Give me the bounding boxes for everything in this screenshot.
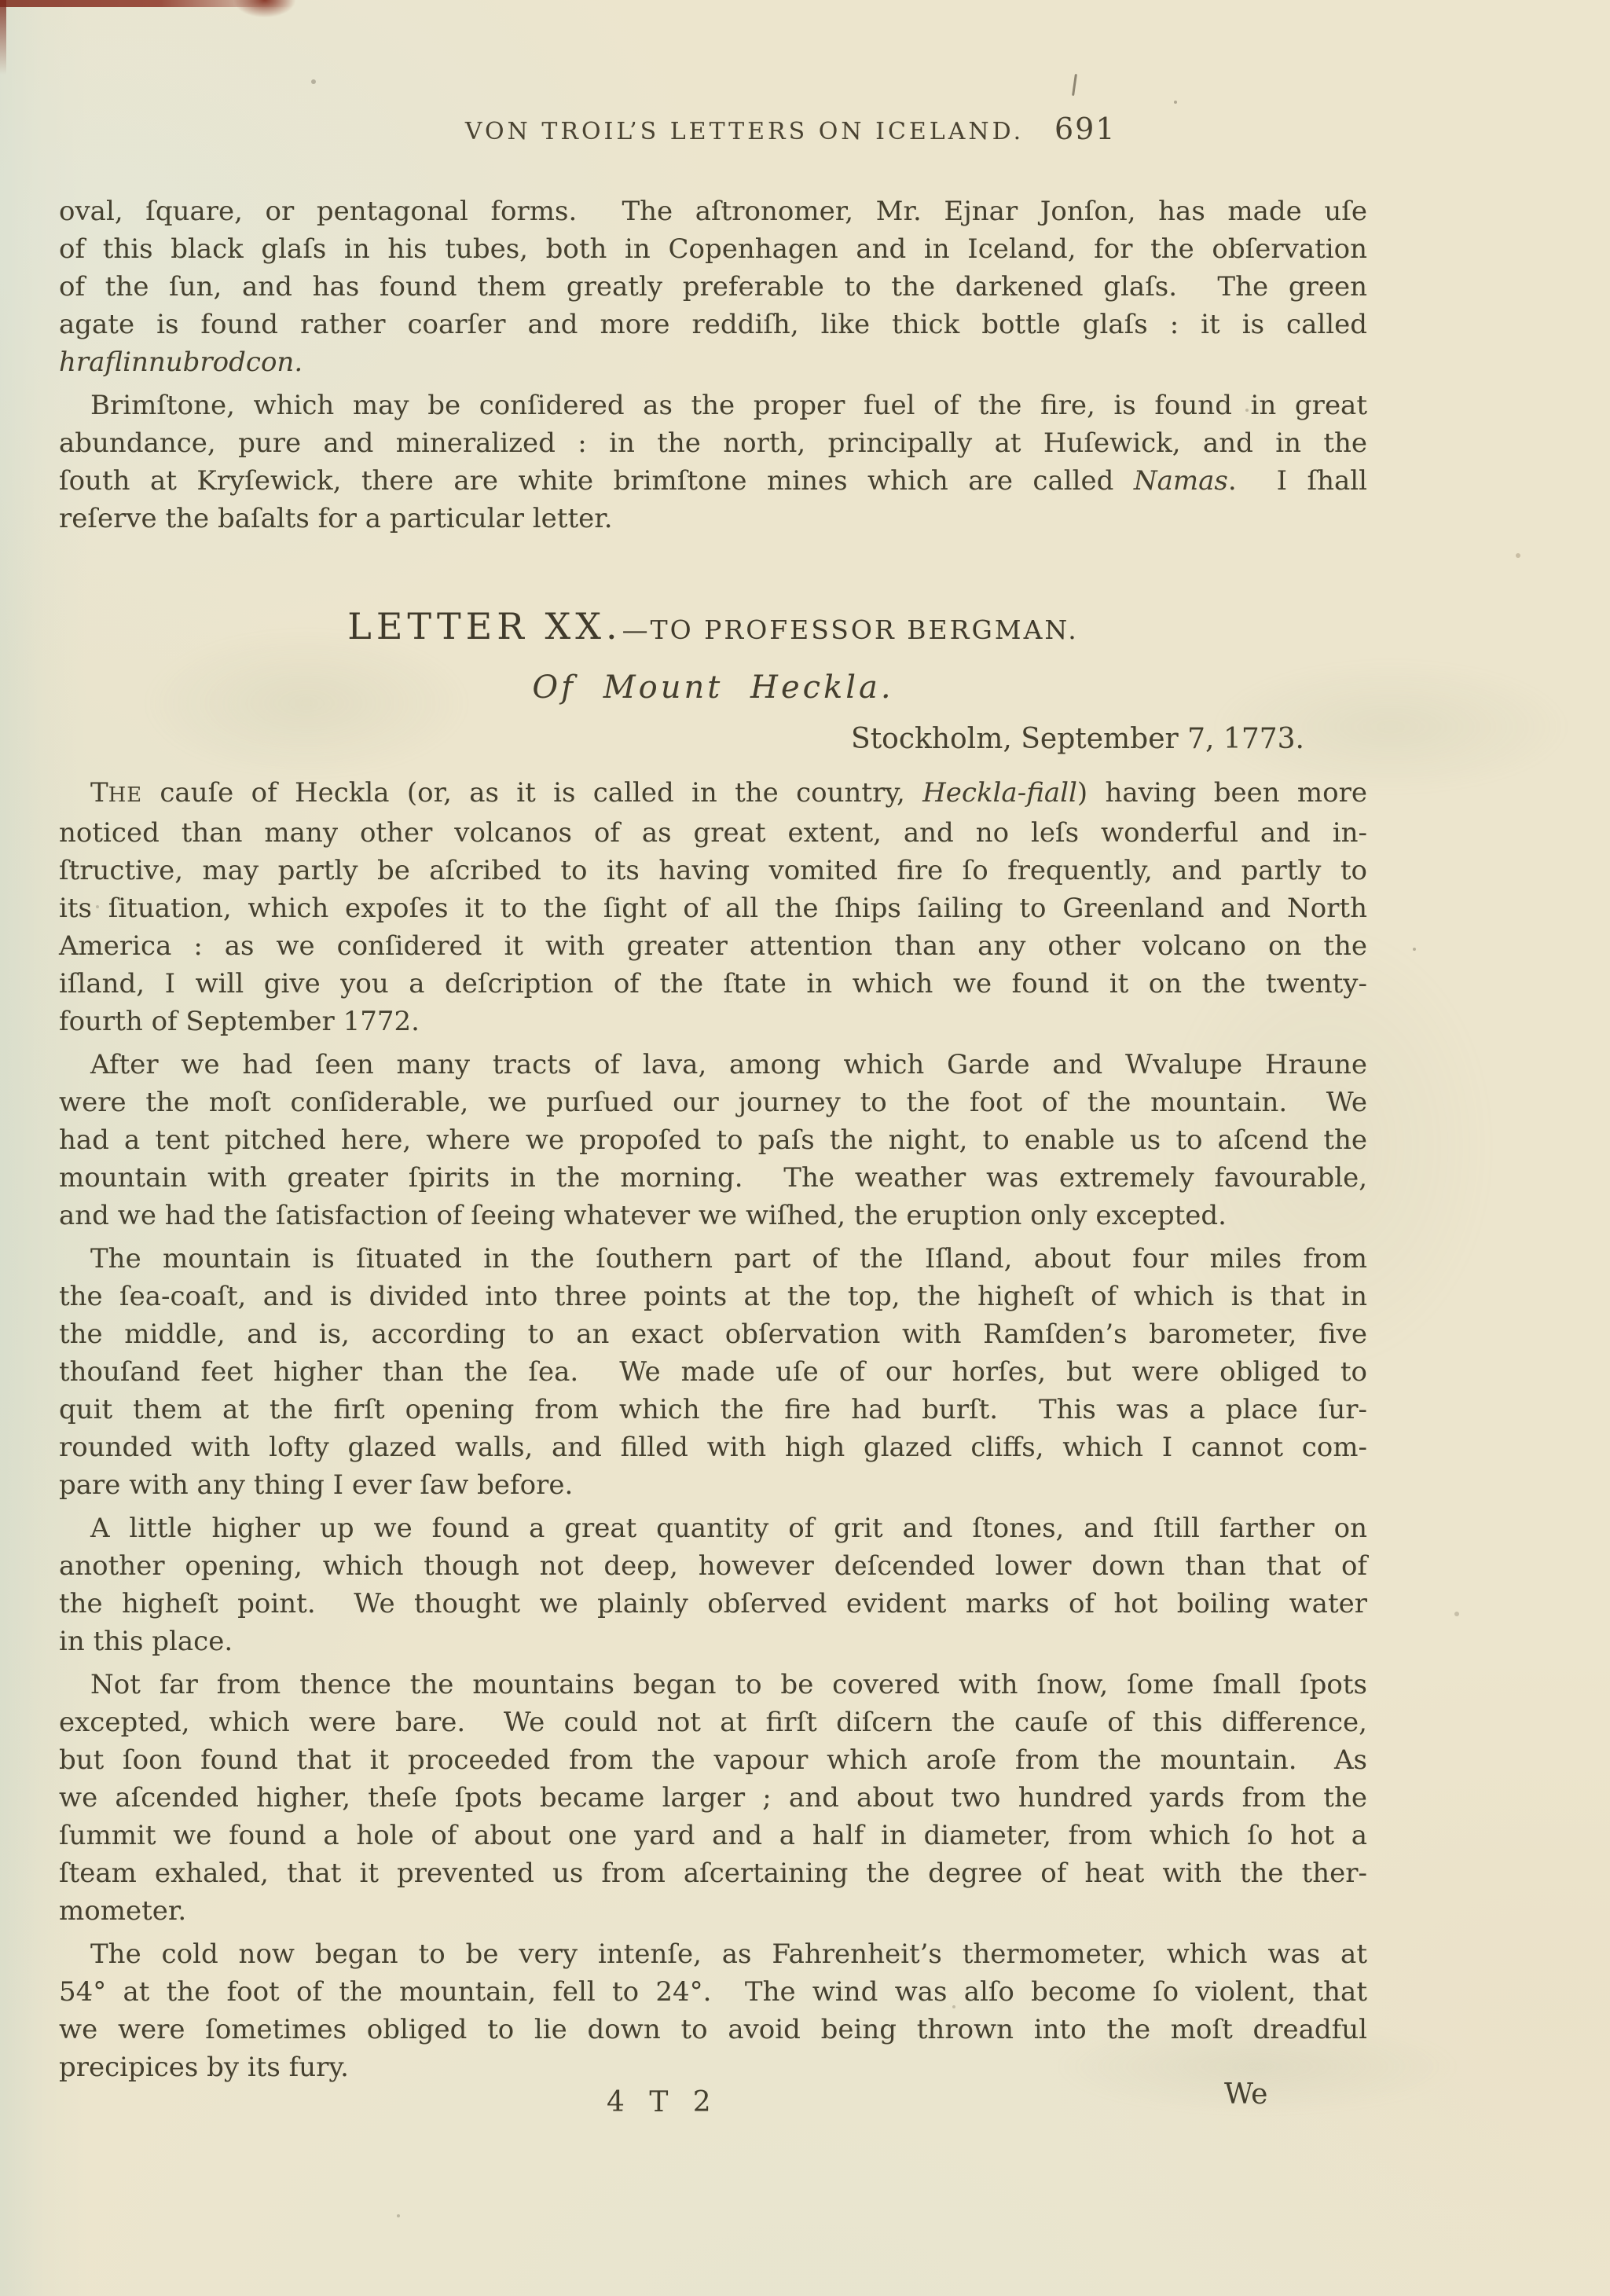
dust-specks [0, 0, 3, 3]
paragraph: Not far from thence the mountains began … [59, 1666, 1367, 1930]
text-line: mometer. [59, 1892, 1367, 1930]
text-line: the middle, and is, according to an exac… [59, 1315, 1367, 1353]
paragraph: The mountain is ſituated in the ſouthern… [59, 1240, 1367, 1504]
text-line: were the moſt conſiderable, we purſued o… [59, 1084, 1367, 1121]
paragraph: Brimſtone, which may be conſidered as th… [59, 387, 1367, 537]
text-line: but ſoon found that it proceeded from th… [59, 1741, 1367, 1779]
text-line: A little higher up we found a great quan… [59, 1509, 1367, 1547]
text-line: America : as we conſidered it with great… [59, 927, 1367, 965]
text-line: precipices by its fury. [59, 2048, 1367, 2086]
text-line: and we had the ſatisfaction of ſeeing wh… [59, 1197, 1367, 1234]
intro-paragraphs: oval, ſquare, or pentagonal forms. The a… [59, 193, 1367, 543]
catchword: We [1224, 2078, 1267, 2111]
text-line: ſteam exhaled, that it prevented us from… [59, 1854, 1367, 1892]
text-line: abundance, pure and mineralized : in the… [59, 424, 1367, 462]
text-line: in this place. [59, 1623, 1367, 1660]
text-line: of this black glaſs in his tubes, both i… [59, 230, 1367, 268]
text-line: 54° at the foot of the mountain, fell to… [59, 1973, 1367, 2011]
text-line: of the ſun, and has found them greatly p… [59, 268, 1367, 306]
text-line: Brimſtone, which may be conſidered as th… [59, 387, 1367, 424]
text-line: The cold now began to be very intenſe, a… [59, 1935, 1367, 1973]
text-line: pare with any thing I ever ſaw before. [59, 1466, 1367, 1504]
text-line: the ſea-coaſt, and is divided into three… [59, 1278, 1367, 1315]
text-line: hraflinnubrodcon. [59, 343, 1367, 381]
letter-subtitle: Of Mount Heckla. [59, 669, 1367, 706]
letter-addressee: —TO PROFESSOR BERGMAN. [622, 614, 1079, 645]
text-line: The mountain is ſituated in the ſouthern… [59, 1240, 1367, 1278]
text-line: the higheſt point. We thought we plainly… [59, 1585, 1367, 1623]
text-line: mountain with greater ſpirits in the mor… [59, 1159, 1367, 1197]
text-line: we were ſometimes obliged to lie down to… [59, 2011, 1367, 2048]
text-line: its ſituation, which expoſes it to the ſ… [59, 889, 1367, 927]
scan-edge-artifact-blob [234, 0, 295, 17]
text-line: we aſcended higher, theſe ſpots became l… [59, 1779, 1367, 1817]
text-line: rounded with lofty glazed walls, and fil… [59, 1429, 1367, 1466]
text-line: Not far from thence the mountains began … [59, 1666, 1367, 1704]
text-line: agate is found rather coarſer and more r… [59, 306, 1367, 343]
text-line: ſouth at Kryſewick, there are white brim… [59, 462, 1367, 500]
text-line: After we had ſeen many tracts of lava, a… [59, 1046, 1367, 1084]
text-line: noticed than many other volcanos of as g… [59, 814, 1367, 852]
text-line: another opening, which though not deep, … [59, 1547, 1367, 1585]
paragraph: oval, ſquare, or pentagonal forms. The a… [59, 193, 1367, 381]
dateline: Stockholm, September 7, 1773. [59, 723, 1367, 755]
ink-mark [1072, 74, 1077, 96]
text-line: fourth of September 1772. [59, 1003, 1367, 1040]
running-header: VON TROIL’S LETTERS ON ICELAND. [444, 118, 1045, 145]
text-line: ſtructive, may partly be aſcribed to its… [59, 852, 1367, 889]
subtitle-text: Of Mount Heckla. [532, 669, 893, 706]
text-line: ſummit we found a hole of about one yard… [59, 1817, 1367, 1854]
text-line: iſland, I will give you a deſcription of… [59, 965, 1367, 1003]
letter-body-paragraphs: THE cauſe of Heckla (or, as it is called… [59, 774, 1367, 2092]
text-line: oval, ſquare, or pentagonal forms. The a… [59, 193, 1367, 230]
page-number: 691 [1054, 112, 1117, 146]
signature-mark: 4 T 2 [607, 2086, 719, 2118]
paragraph: The cold now began to be very intenſe, a… [59, 1935, 1367, 2086]
book-page: VON TROIL’S LETTERS ON ICELAND. 691 oval… [0, 0, 1610, 2296]
text-line: thouſand feet higher than the ſea. We ma… [59, 1353, 1367, 1391]
text-line: reſerve the baſalts for a particular let… [59, 500, 1367, 537]
paragraph: After we had ſeen many tracts of lava, a… [59, 1046, 1367, 1234]
text-line: had a tent pitched here, where we propoſ… [59, 1121, 1367, 1159]
letter-heading: LETTER XX.—TO PROFESSOR BERGMAN. [59, 605, 1367, 647]
text-line: excepted, which were bare. We could not … [59, 1704, 1367, 1741]
paragraph: A little higher up we found a great quan… [59, 1509, 1367, 1660]
scan-edge-artifact-left [0, 0, 6, 75]
letter-number: LETTER XX. [347, 605, 622, 647]
text-line: THE cauſe of Heckla (or, as it is called… [59, 774, 1367, 814]
paragraph: THE cauſe of Heckla (or, as it is called… [59, 774, 1367, 1040]
text-line: quit them at the firſt opening from whic… [59, 1391, 1367, 1429]
